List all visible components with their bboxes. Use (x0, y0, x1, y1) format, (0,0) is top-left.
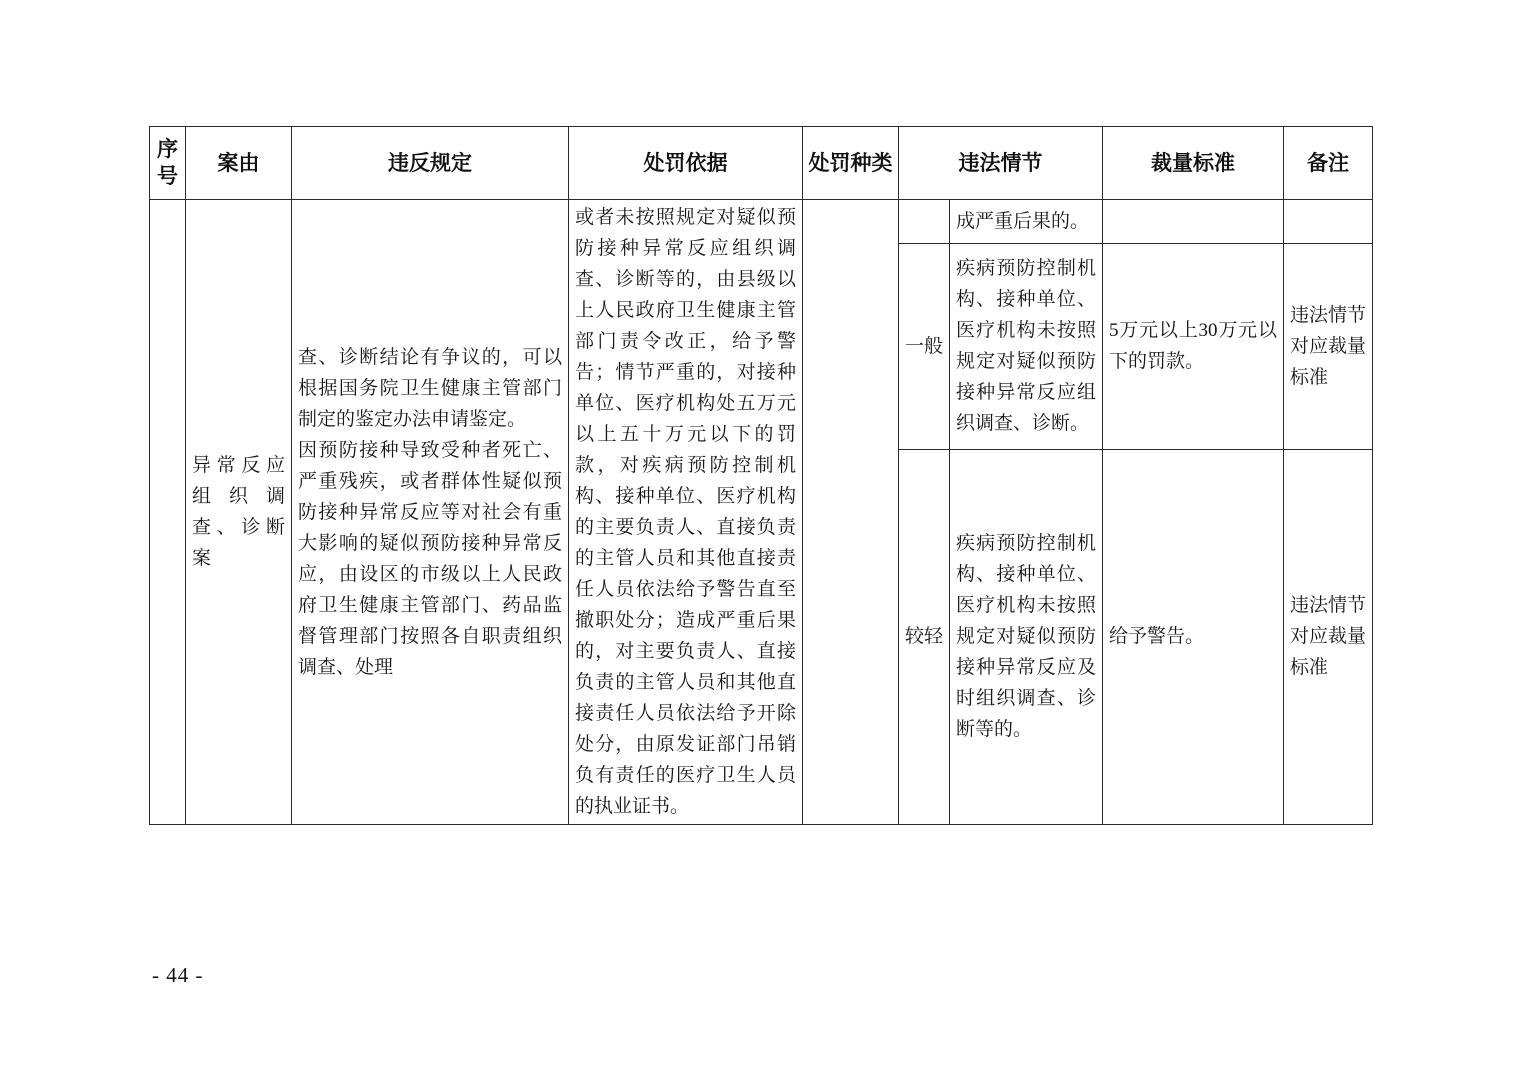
penalty-discretion-table: 序号 案由 违反规定 处罚依据 处罚种类 违法情节 裁量标准 备注 异常反应组织… (149, 126, 1373, 825)
cell-penalty-type (803, 200, 899, 825)
cell-standard-1 (1103, 200, 1284, 244)
cell-severity-1 (899, 200, 950, 244)
cell-severity-3: 较轻 (899, 449, 950, 824)
cell-remark-2: 违法情节对应裁量标准 (1284, 244, 1373, 450)
cell-remark-3: 违法情节对应裁量标准 (1284, 449, 1373, 824)
header-penalty-basis: 处罚依据 (569, 127, 803, 200)
cell-standard-2: 5万元以上30万元以下的罚款。 (1103, 244, 1284, 450)
header-violation: 违反规定 (292, 127, 569, 200)
table-header-row: 序号 案由 违反规定 处罚依据 处罚种类 违法情节 裁量标准 备注 (150, 127, 1373, 200)
cell-penalty-basis: 或者未按照规定对疑似预防接种异常反应组织调查、诊断等的，由县级以上人民政府卫生健… (569, 200, 803, 825)
header-circumstance: 违法情节 (899, 127, 1103, 200)
table-row: 异常反应组织调查、诊断案 查、诊断结论有争议的，可以根据国务院卫生健康主管部门制… (150, 200, 1373, 244)
cell-circumstance-2: 疾病预防控制机构、接种单位、医疗机构未按照规定对疑似预防接种异常反应组织调查、诊… (950, 244, 1103, 450)
cell-index (150, 200, 186, 825)
cell-remark-1 (1284, 200, 1373, 244)
cell-violation: 查、诊断结论有争议的，可以根据国务院卫生健康主管部门制定的鉴定办法申请鉴定。 因… (292, 200, 569, 825)
header-index: 序号 (150, 127, 186, 200)
header-discretion-standard: 裁量标准 (1103, 127, 1284, 200)
cell-circumstance-3: 疾病预防控制机构、接种单位、医疗机构未按照规定对疑似预防接种异常反应及时组织调查… (950, 449, 1103, 824)
cell-cause: 异常反应组织调查、诊断案 (186, 200, 292, 825)
cell-severity-2: 一般 (899, 244, 950, 450)
header-penalty-type: 处罚种类 (803, 127, 899, 200)
violation-paragraph-1: 查、诊断结论有争议的，可以根据国务院卫生健康主管部门制定的鉴定办法申请鉴定。 (298, 342, 562, 435)
header-remark: 备注 (1284, 127, 1373, 200)
cell-standard-3: 给予警告。 (1103, 449, 1284, 824)
violation-paragraph-2: 因预防接种导致受种者死亡、严重残疾，或者群体性疑似预防接种异常反应等对社会有重大… (298, 435, 562, 683)
header-cause: 案由 (186, 127, 292, 200)
cell-circumstance-1: 成严重后果的。 (950, 200, 1103, 244)
document-page: 序号 案由 违反规定 处罚依据 处罚种类 违法情节 裁量标准 备注 异常反应组织… (0, 0, 1520, 1074)
page-number: - 44 - (152, 963, 204, 988)
